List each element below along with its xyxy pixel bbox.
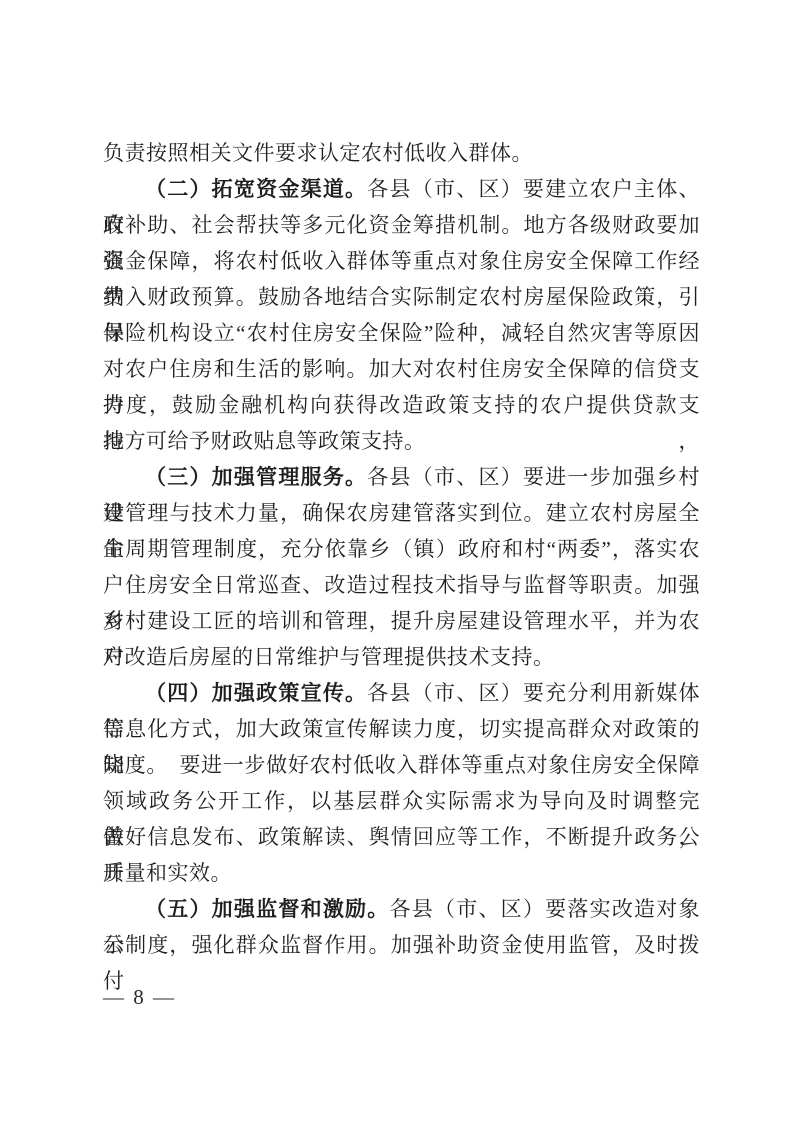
text-segment: 对改造后房屋的日常维护与管理提供技术支持。 <box>103 645 555 669</box>
text-segment: 质量和实效。 <box>103 861 232 885</box>
text-line: （三）加强管理服务。各县（市、区）要进一步加强乡村建 <box>103 459 700 495</box>
text-segment: 负责按照相关文件要求认定农村低收入群体。 <box>103 141 533 165</box>
document-page: 负责按照相关文件要求认定农村低收入群体。（二）拓宽资金渠道。各县（市、区）要建立… <box>0 0 793 1122</box>
text-segment: 地方可给予财政贴息等政策支持。 <box>103 429 426 453</box>
text-segment: 命周期管理制度，充分依靠乡（镇）政府和村“两委”，落实农 <box>103 537 700 561</box>
text-line: 力度，鼓励金融机构向获得改造政策支持的农户提供贷款支持， <box>103 387 700 423</box>
text-line: 资金保障，将农村低收入群体等重点对象住房安全保障工作经费 <box>103 243 700 279</box>
section-heading: （三）加强管理服务。 <box>145 465 367 489</box>
section-heading: （二）拓宽资金渠道。 <box>145 177 367 201</box>
text-line: （四）加强政策宣传。各县（市、区）要充分利用新媒体等 <box>103 675 700 711</box>
section-heading: （四）加强政策宣传。 <box>145 681 367 705</box>
text-line: 质量和实效。 <box>103 855 700 891</box>
text-segment: 保险机构设立“农村住房安全保险”险种，减轻自然灾害等原因 <box>103 321 700 345</box>
text-line: 晓度。 要进一步做好农村低收入群体等重点对象住房安全保障 <box>103 747 700 783</box>
text-line: （二）拓宽资金渠道。各县（市、区）要建立农户主体、政 <box>103 171 700 207</box>
text-line: 府补助、社会帮扶等多元化资金筹措机制。地方各级财政要加强 <box>103 207 700 243</box>
text-line: 命周期管理制度，充分依靠乡（镇）政府和村“两委”，落实农 <box>103 531 700 567</box>
section-heading: （五）加强监督和激励。 <box>145 897 390 921</box>
paragraph: （五）加强监督和激励。各县（市、区）要落实改造对象公示制度，强化群众监督作用。加… <box>103 891 700 963</box>
paragraph: （三）加强管理服务。各县（市、区）要进一步加强乡村建设管理与技术力量，确保农房建… <box>103 459 700 675</box>
text-line: 保险机构设立“农村住房安全保险”险种，减轻自然灾害等原因 <box>103 315 700 351</box>
text-line: （五）加强监督和激励。各县（市、区）要落实改造对象公 <box>103 891 700 927</box>
text-line: 户住房安全日常巡查、改造过程技术指导与监督等职责。加强对 <box>103 567 700 603</box>
text-line: 乡村建设工匠的培训和管理，提升房屋建设管理水平，并为农户 <box>103 603 700 639</box>
text-line: 对改造后房屋的日常维护与管理提供技术支持。 <box>103 639 700 675</box>
text-line: 负责按照相关文件要求认定农村低收入群体。 <box>103 135 700 171</box>
text-line: 示制度，强化群众监督作用。加强补助资金使用监管，及时拨付 <box>103 927 700 963</box>
text-segment: 示制度，强化群众监督作用。加强补助资金使用监管，及时拨付 <box>103 933 700 993</box>
paragraph: （四）加强政策宣传。各县（市、区）要充分利用新媒体等信息化方式，加大政策宣传解读… <box>103 675 700 891</box>
text-line: 设管理与技术力量，确保农房建管落实到位。建立农村房屋全生 <box>103 495 700 531</box>
text-line: 领域政务公开工作，以基层群众实际需求为导向及时调整完善， <box>103 783 700 819</box>
text-line: 做好信息发布、政策解读、舆情回应等工作，不断提升政务公开 <box>103 819 700 855</box>
text-line: 信息化方式，加大政策宣传解读力度，切实提高群众对政策的知 <box>103 711 700 747</box>
paragraph: 负责按照相关文件要求认定农村低收入群体。 <box>103 135 700 171</box>
text-line: 对农户住房和生活的影响。加大对农村住房安全保障的信贷支持 <box>103 351 700 387</box>
paragraph: （二）拓宽资金渠道。各县（市、区）要建立农户主体、政府补助、社会帮扶等多元化资金… <box>103 171 700 459</box>
text-line: 纳入财政预算。鼓励各地结合实际制定农村房屋保险政策，引导 <box>103 279 700 315</box>
text-segment: 晓度。 要进一步做好农村低收入群体等重点对象住房安全保障 <box>103 753 700 777</box>
document-body: 负责按照相关文件要求认定农村低收入群体。（二）拓宽资金渠道。各县（市、区）要建立… <box>103 135 700 963</box>
page-number: — 8 — <box>103 985 176 1010</box>
